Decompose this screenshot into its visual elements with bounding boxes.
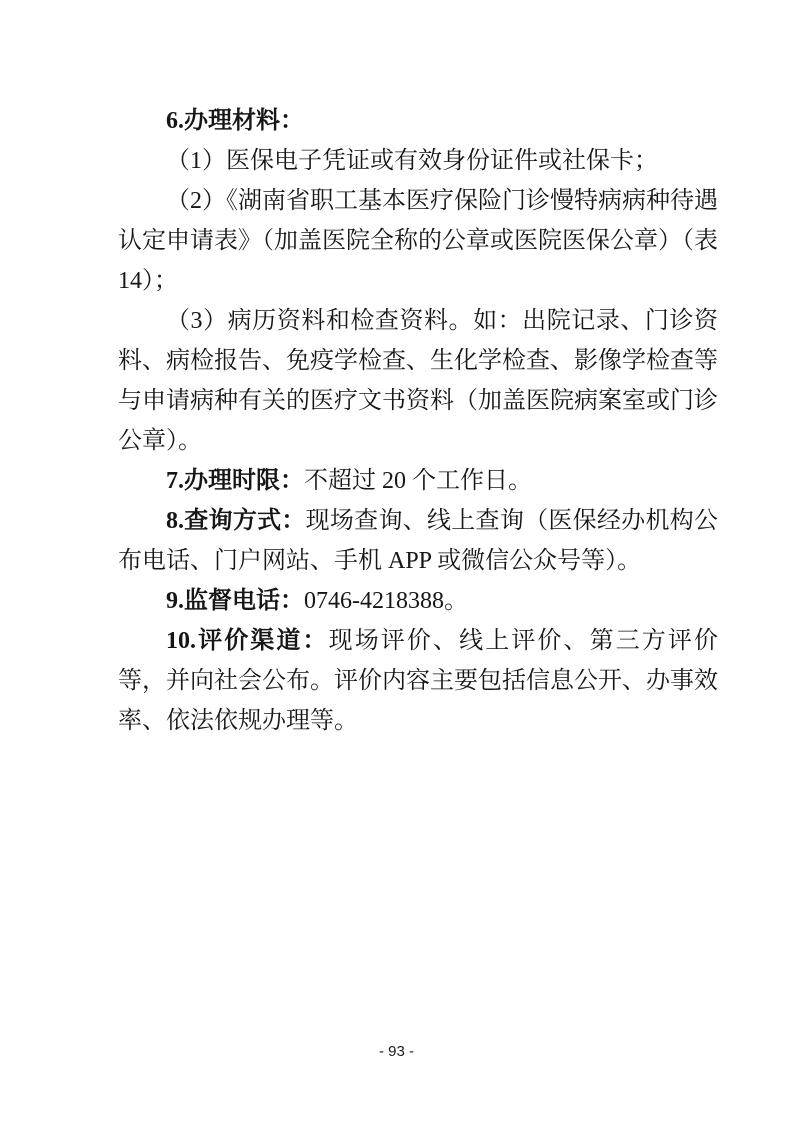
page-footer: - 93 - [0, 1043, 793, 1060]
paragraph-label: 9.监督电话： [166, 588, 304, 614]
paragraph: 8.查询方式：现场查询、线上查询（医保经办机构公布电话、门户网站、手机 APP … [118, 501, 718, 581]
paragraph-label: 6.办理材料： [166, 108, 304, 134]
paragraph: 10.评价渠道：现场评价、线上评价、第三方评价等，并向社会公布。评价内容主要包括… [118, 621, 718, 741]
paragraph: 6.办理材料： [118, 101, 718, 141]
paragraph: （1）医保电子凭证或有效身份证件或社保卡； [118, 141, 718, 181]
paragraph: （2）《湖南省职工基本医疗保险门诊慢特病病种待遇认定申请表》（加盖医院全称的公章… [118, 181, 718, 301]
paragraph-text: （3）病历资料和检查资料。如：出院记录、门诊资料、病检报告、免疫学检查、生化学检… [118, 308, 718, 454]
paragraph-text: （1）医保电子凭证或有效身份证件或社保卡； [166, 148, 658, 174]
paragraph: （3）病历资料和检查资料。如：出院记录、门诊资料、病检报告、免疫学检查、生化学检… [118, 301, 718, 461]
page-number: - 93 - [379, 1043, 414, 1060]
paragraph: 9.监督电话：0746-4218388。 [118, 581, 718, 621]
paragraph-text: 0746-4218388。 [304, 588, 468, 614]
paragraph: 7.办理时限：不超过 20 个工作日。 [118, 461, 718, 501]
document-page: 6.办理材料：（1）医保电子凭证或有效身份证件或社保卡；（2）《湖南省职工基本医… [0, 0, 793, 1122]
paragraph-text: （2）《湖南省职工基本医疗保险门诊慢特病病种待遇认定申请表》（加盖医院全称的公章… [118, 188, 718, 294]
paragraph-text: 不超过 20 个工作日。 [304, 468, 532, 494]
paragraph-label: 10.评价渠道： [166, 628, 329, 654]
paragraph-label: 7.办理时限： [166, 468, 304, 494]
paragraph-label: 8.查询方式： [166, 508, 306, 534]
document-body: 6.办理材料：（1）医保电子凭证或有效身份证件或社保卡；（2）《湖南省职工基本医… [118, 101, 718, 741]
